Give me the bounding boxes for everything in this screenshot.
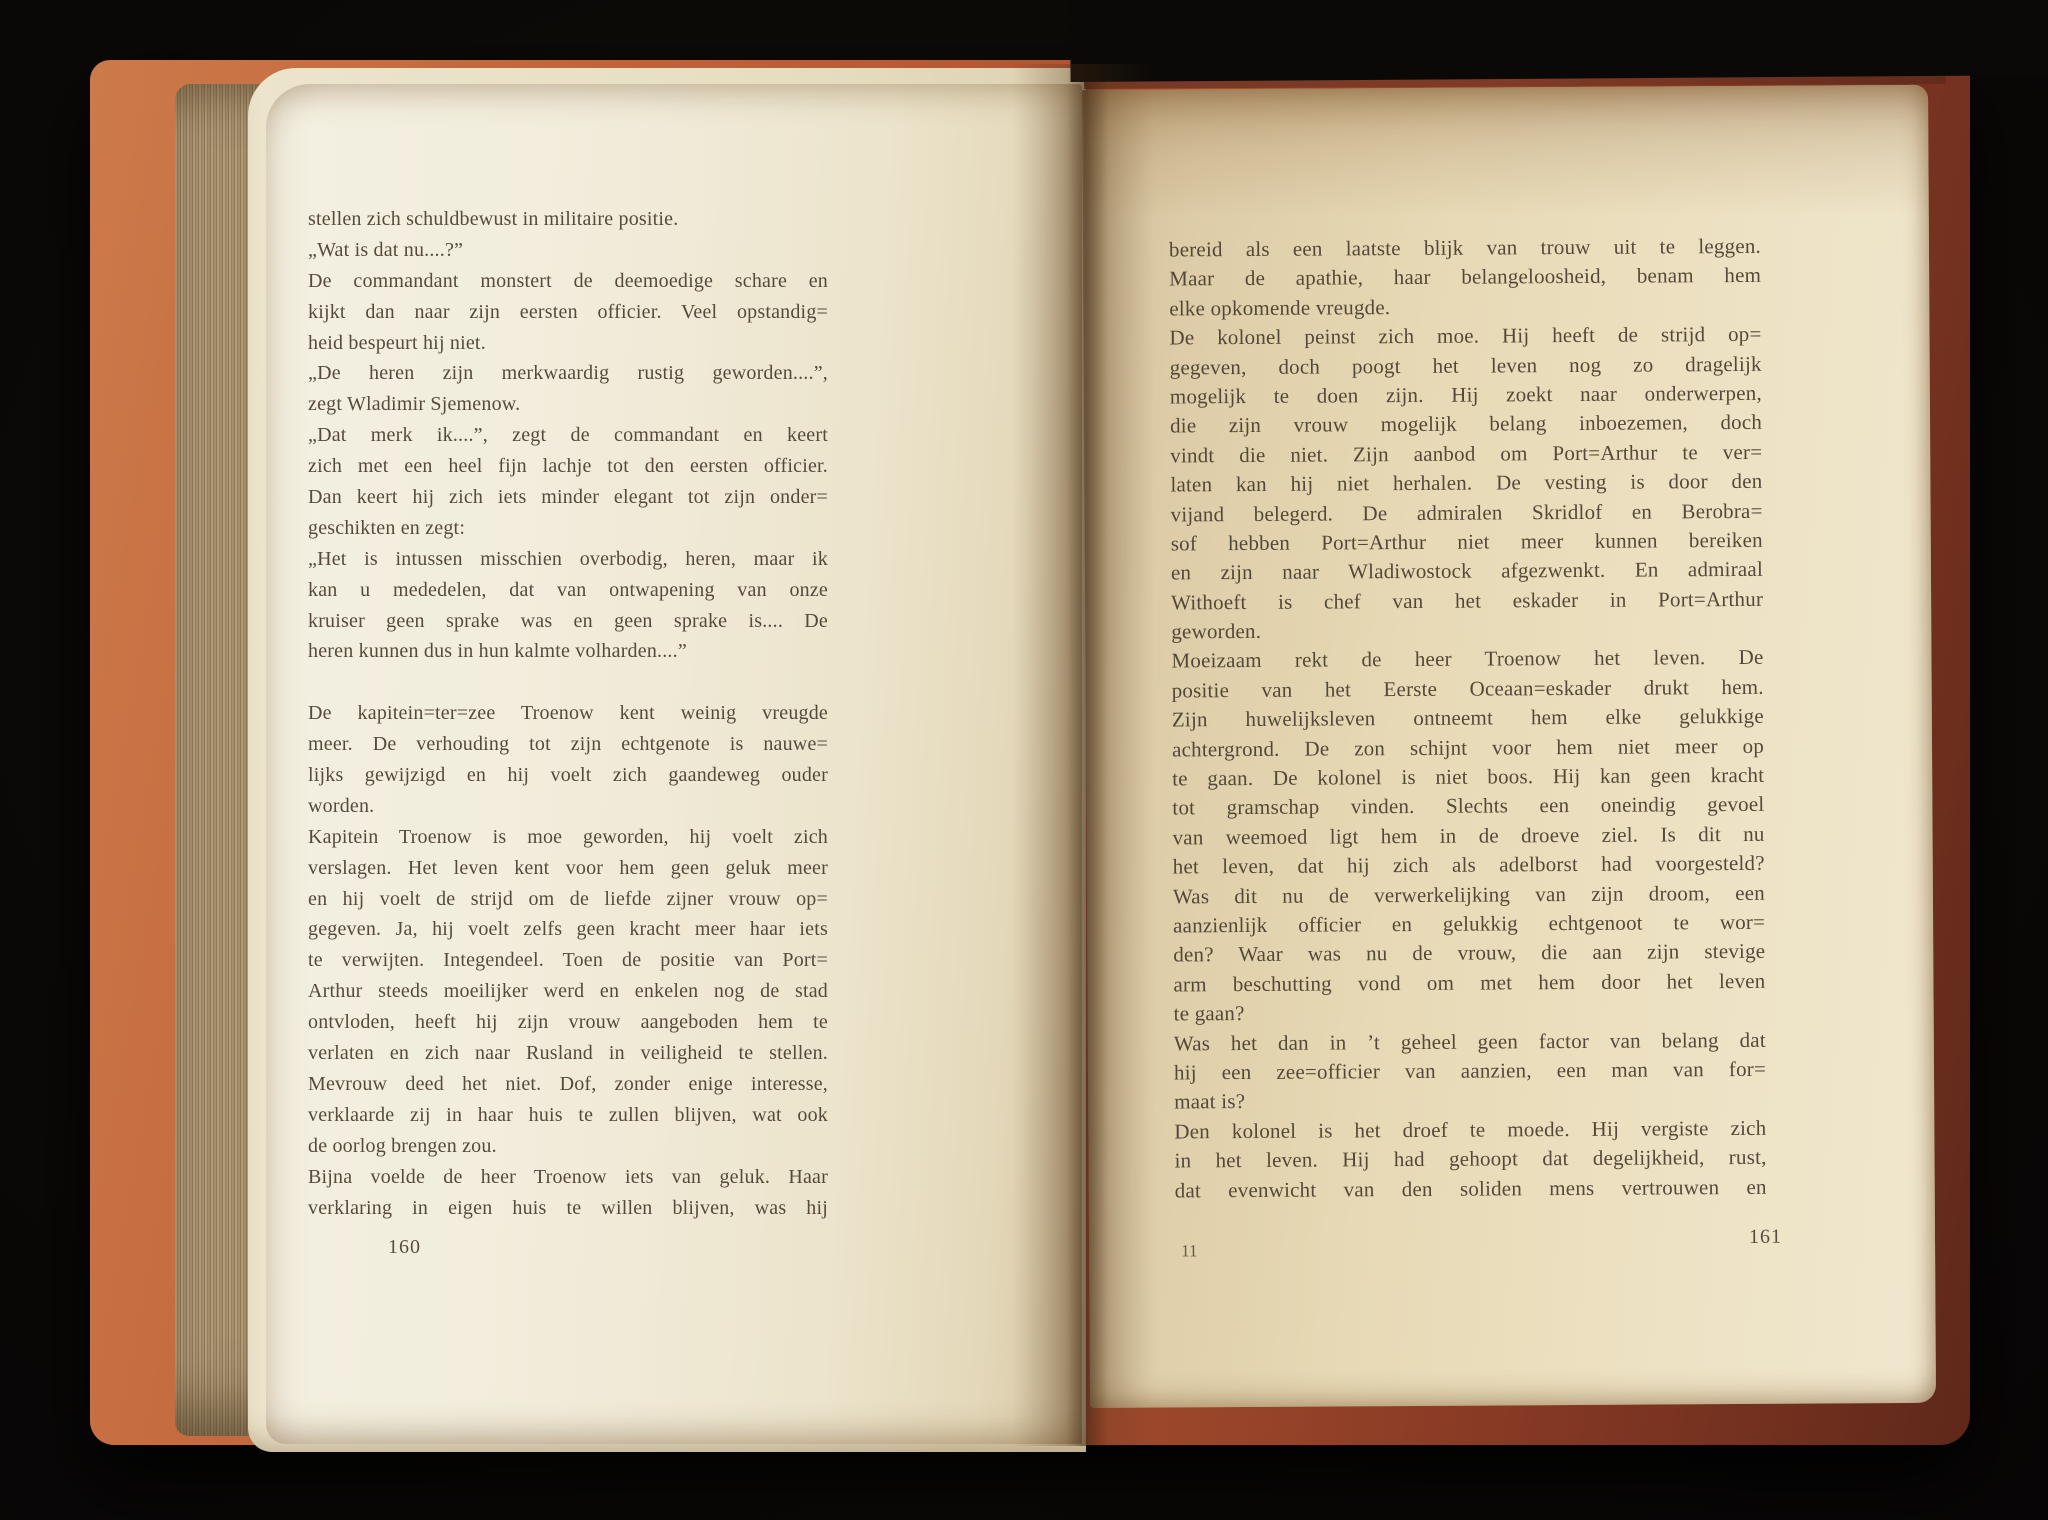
text-line: van weemoed ligt hem in de droeve ziel. … bbox=[1172, 820, 1764, 853]
text-line: laten kan hij niet herhalen. De vesting … bbox=[1170, 467, 1762, 500]
signature-mark: 11 bbox=[1181, 1241, 1197, 1261]
text-line: „Dat merk ik....”, zegt de commandant en… bbox=[308, 420, 828, 451]
text-line: dat evenwicht van den soliden mens vertr… bbox=[1175, 1172, 1767, 1205]
text-line: verslagen. Het leven kent voor hem geen … bbox=[308, 853, 828, 884]
text-line: het leven, dat hij zich als adelborst ha… bbox=[1173, 849, 1765, 882]
text-line: De kolonel peinst zich moe. Hij heeft de… bbox=[1169, 320, 1761, 353]
text-line: vindt die niet. Zijn aanbod om Port=Arth… bbox=[1170, 438, 1762, 471]
left-page-number: 160 bbox=[388, 1236, 421, 1259]
text-line: hij een zee=officier van aanzien, een ma… bbox=[1174, 1055, 1766, 1088]
right-page-text: bereid als een laatste blijk van trouw u… bbox=[1169, 232, 1767, 1205]
text-line: elke opkomende vreugde. bbox=[1169, 291, 1761, 324]
text-line: te gaan? bbox=[1174, 996, 1766, 1029]
text-line: lijks gewijzigd en hij voelt zich gaande… bbox=[308, 760, 828, 791]
text-line: kan u mededelen, dat van ontwapening van… bbox=[308, 575, 828, 606]
text-line: vijand belegerd. De admiralen Skridlof e… bbox=[1171, 496, 1763, 529]
text-line: geworden. bbox=[1171, 614, 1763, 647]
text-line: Bijna voelde de heer Troenow iets van ge… bbox=[308, 1162, 828, 1193]
left-page: stellen zich schuldbewust in militaire p… bbox=[266, 84, 1082, 1444]
text-line: achtergrond. De zon schijnt voor hem nie… bbox=[1172, 731, 1764, 764]
right-page-number: 161 bbox=[1749, 1226, 1782, 1249]
text-line: bereid als een laatste blijk van trouw u… bbox=[1169, 232, 1761, 265]
text-line: en hij voelt de strijd om de liefde zijn… bbox=[308, 884, 828, 915]
text-line: arm beschutting vond om met hem door het… bbox=[1173, 967, 1765, 1000]
open-book: stellen zich schuldbewust in militaire p… bbox=[0, 0, 2048, 1520]
text-line: heid bespeurt hij niet. bbox=[308, 328, 828, 359]
text-line: positie van het Eerste Oceaan=eskader dr… bbox=[1172, 673, 1764, 706]
text-line: verlaten en zich naar Rusland in veiligh… bbox=[308, 1038, 828, 1069]
text-line: zich met een heel fijn lachje tot den ee… bbox=[308, 451, 828, 482]
text-line: heren kunnen dus in hun kalmte volharden… bbox=[308, 636, 828, 667]
text-line: kijkt dan naar zijn eersten officier. Ve… bbox=[308, 297, 828, 328]
text-line: De commandant monstert de deemoedige sch… bbox=[308, 266, 828, 297]
text-line: „De heren zijn merkwaardig rustig geword… bbox=[308, 358, 828, 389]
text-line: den? Waar was nu de vrouw, die aan zijn … bbox=[1173, 937, 1765, 970]
text-line: verklaring in eigen huis te willen blijv… bbox=[308, 1193, 828, 1224]
text-line: de oorlog brengen zou. bbox=[308, 1131, 828, 1162]
text-line: aanzienlijk officier en gelukkig echtgen… bbox=[1173, 908, 1765, 941]
text-line bbox=[308, 667, 828, 698]
text-line: Arthur steeds moeilijker werd en enkelen… bbox=[308, 976, 828, 1007]
text-line: Maar de apathie, haar belangeloosheid, b… bbox=[1169, 261, 1761, 294]
text-line: „Wat is dat nu....?” bbox=[308, 235, 828, 266]
text-line: en zijn naar Wladiwostock afgezwenkt. En… bbox=[1171, 555, 1763, 588]
text-line: Was het dan in ’t geheel geen factor van… bbox=[1174, 1025, 1766, 1058]
text-line: maat is? bbox=[1174, 1084, 1766, 1117]
text-line: „Het is intussen misschien overbodig, he… bbox=[308, 544, 828, 575]
text-line: Kapitein Troenow is moe geworden, hij vo… bbox=[308, 822, 828, 853]
text-line: De kapitein=ter=zee Troenow kent weinig … bbox=[308, 698, 828, 729]
text-line: Zijn huwelijksleven ontneemt hem elke ge… bbox=[1172, 702, 1764, 735]
text-line: meer. De verhouding tot zijn echtgenote … bbox=[308, 729, 828, 760]
text-line: Was dit nu de verwerkelijking van zijn d… bbox=[1173, 878, 1765, 911]
text-line: mogelijk te doen zijn. Hij zoekt naar on… bbox=[1170, 379, 1762, 412]
text-line: die zijn vrouw mogelijk belang inboezeme… bbox=[1170, 408, 1762, 441]
text-line: gegeven. Ja, hij voelt zelfs geen kracht… bbox=[308, 914, 828, 945]
text-line: tot gramschap vinden. Slechts een oneind… bbox=[1172, 790, 1764, 823]
text-line: sof hebben Port=Arthur niet meer kunnen … bbox=[1171, 526, 1763, 559]
text-line: te verwijten. Integendeel. Toen de posit… bbox=[308, 945, 828, 976]
text-line: verklaarde zij in haar huis te zullen bl… bbox=[308, 1100, 828, 1131]
right-page: bereid als een laatste blijk van trouw u… bbox=[1082, 85, 1936, 1408]
left-page-text: stellen zich schuldbewust in militaire p… bbox=[308, 204, 828, 1223]
backdrop-cloth bbox=[1070, 0, 2048, 82]
text-line: te gaan. De kolonel is niet boos. Hij ka… bbox=[1172, 761, 1764, 794]
text-line: in het leven. Hij had gehoopt dat degeli… bbox=[1174, 1143, 1766, 1176]
text-line: Moeizaam rekt de heer Troenow het leven.… bbox=[1171, 643, 1763, 676]
text-line: Mevrouw deed het niet. Dof, zonder enige… bbox=[308, 1069, 828, 1100]
text-line: Den kolonel is het droef te moede. Hij v… bbox=[1174, 1114, 1766, 1147]
text-line: stellen zich schuldbewust in militaire p… bbox=[308, 204, 828, 235]
text-line: Dan keert hij zich iets minder elegant t… bbox=[308, 482, 828, 513]
text-line: kruiser geen sprake was en geen sprake i… bbox=[308, 606, 828, 637]
text-line: ontvloden, heeft hij zijn vrouw aangebod… bbox=[308, 1007, 828, 1038]
text-line: zegt Wladimir Sjemenow. bbox=[308, 389, 828, 420]
text-line: geschikten en zegt: bbox=[308, 513, 828, 544]
text-line: gegeven, doch poogt het leven nog zo dra… bbox=[1170, 349, 1762, 382]
text-line: worden. bbox=[308, 791, 828, 822]
text-line: Withoeft is chef van het eskader in Port… bbox=[1171, 585, 1763, 618]
